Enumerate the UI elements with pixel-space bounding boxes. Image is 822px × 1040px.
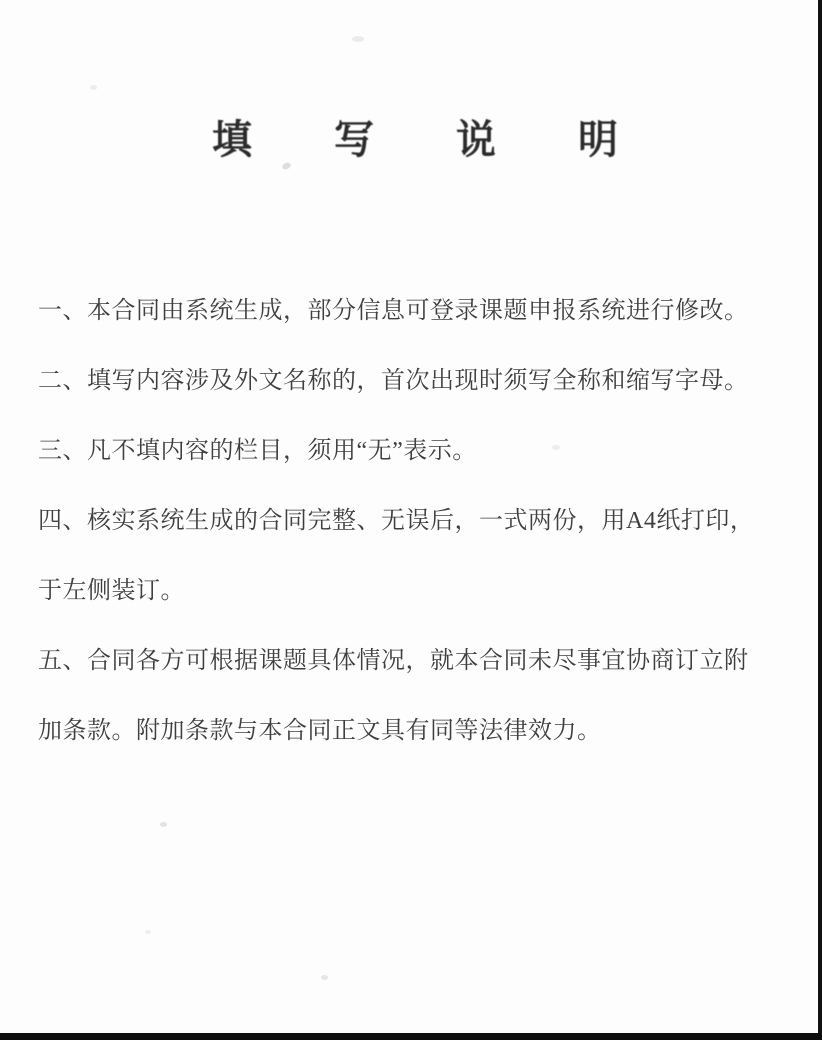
page-title: 填 写 说 明 [0,108,822,165]
instruction-line: 五、合同各方可根据课题具体情况，就本合同未尽事宜协商订立附 [38,626,798,696]
instruction-line: 一、本合同由系统生成，部分信息可登录课题申报系统进行修改。 [38,276,798,346]
instruction-line: 二、填写内容涉及外文名称的，首次出现时须写全称和缩写字母。 [38,346,798,416]
scan-edge-right [818,0,822,1040]
scan-noise-speck [90,85,97,90]
scanned-document-page: 填 写 说 明 一、本合同由系统生成，部分信息可登录课题申报系统进行修改。 二、… [0,0,822,1040]
scan-noise-speck [160,822,167,827]
scan-edge-bottom [0,1033,822,1040]
instructions-text-block: 一、本合同由系统生成，部分信息可登录课题申报系统进行修改。 二、填写内容涉及外文… [38,276,798,766]
instruction-line: 四、核实系统生成的合同完整、无误后，一式两份，用A4纸打印， [38,486,798,556]
scan-noise-speck [352,36,364,42]
instruction-line: 加条款。附加条款与本合同正文具有同等法律效力。 [38,696,798,766]
scan-noise-speck [321,975,328,980]
scan-noise-speck [552,445,560,450]
scan-noise-speck [145,930,151,934]
instruction-line: 于左侧装订。 [38,556,798,626]
instruction-line: 三、凡不填内容的栏目，须用“无”表示。 [38,416,798,486]
